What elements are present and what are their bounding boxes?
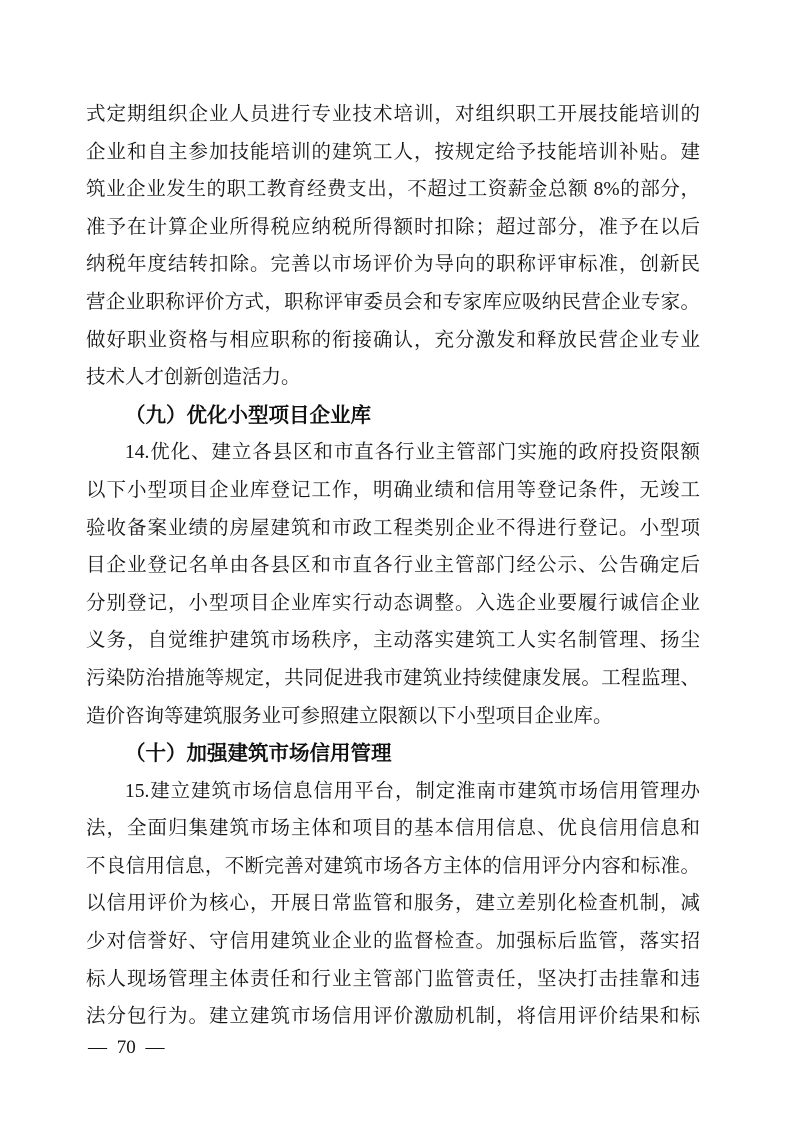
text-line: 少对信誉好、守信用建筑业企业的监督检查。加强标后监管，落实招 — [86, 923, 700, 961]
text-line: 目企业登记名单由各县区和市直各行业主管部门经公示、公告确定后 — [86, 547, 700, 585]
text-line: 准予在计算企业所得税应纳税所得额时扣除；超过部分，准予在以后 — [86, 209, 700, 247]
page-number: — 70 — — [88, 1035, 165, 1061]
document-body: 式定期组织企业人员进行专业技术培训，对组织职工开展技能培训的企业和自主参加技能培… — [86, 96, 700, 1036]
text-line: 式定期组织企业人员进行专业技术培训，对组织职工开展技能培训的 — [86, 96, 700, 134]
text-line: 以信用评价为核心，开展日常监管和服务，建立差别化检查机制，减 — [86, 885, 700, 923]
text-line: 分别登记，小型项目企业库实行动态调整。入选企业要履行诚信企业 — [86, 585, 700, 623]
document-page: 式定期组织企业人员进行专业技术培训，对组织职工开展技能培训的企业和自主参加技能培… — [0, 0, 793, 1122]
text-line: 造价咨询等建筑服务业可参照建立限额以下小型项目企业库。 — [86, 698, 700, 736]
text-line: 义务，自觉维护建筑市场秩序，主动落实建筑工人实名制管理、扬尘 — [86, 622, 700, 660]
paragraph-continuation: 式定期组织企业人员进行专业技术培训，对组织职工开展技能培训的企业和自主参加技能培… — [86, 96, 700, 397]
text-line: 营企业职称评价方式，职称评审委员会和专家库应吸纳民营企业专家。 — [86, 284, 700, 322]
paragraph-15: 15.建立建筑市场信息信用平台，制定淮南市建筑市场信用管理办法，全面归集建筑市场… — [86, 773, 700, 1036]
text-line: 14.优化、建立各县区和市直各行业主管部门实施的政府投资限额 — [86, 434, 700, 472]
text-line: 15.建立建筑市场信息信用平台，制定淮南市建筑市场信用管理办 — [86, 773, 700, 811]
text-line: 标人现场管理主体责任和行业主管部门监管责任，坚决打击挂靠和违 — [86, 961, 700, 999]
text-line: 纳税年度结转扣除。完善以市场评价为导向的职称评审标准，创新民 — [86, 246, 700, 284]
text-line: 法分包行为。建立建筑市场信用评价激励机制，将信用评价结果和标 — [86, 998, 700, 1036]
text-line: 以下小型项目企业库登记工作，明确业绩和信用等登记条件，无竣工 — [86, 472, 700, 510]
section-heading-9: （九）优化小型项目企业库 — [86, 397, 700, 435]
text-line: 技术人才创新创造活力。 — [86, 359, 700, 397]
text-line: 筑业企业发生的职工教育经费支出，不超过工资薪金总额 8%的部分， — [86, 171, 700, 209]
text-line: 验收备案业绩的房屋建筑和市政工程类别企业不得进行登记。小型项 — [86, 510, 700, 548]
text-line: 污染防治措施等规定，共同促进我市建筑业持续健康发展。工程监理、 — [86, 660, 700, 698]
text-line: 不良信用信息，不断完善对建筑市场各方主体的信用评分内容和标准。 — [86, 848, 700, 886]
paragraph-14: 14.优化、建立各县区和市直各行业主管部门实施的政府投资限额以下小型项目企业库登… — [86, 434, 700, 735]
text-line: 做好职业资格与相应职称的衔接确认，充分激发和释放民营企业专业 — [86, 322, 700, 360]
section-heading-10: （十）加强建筑市场信用管理 — [86, 735, 700, 773]
text-line: 企业和自主参加技能培训的建筑工人，按规定给予技能培训补贴。建 — [86, 134, 700, 172]
text-line: 法，全面归集建筑市场主体和项目的基本信用信息、优良信用信息和 — [86, 810, 700, 848]
